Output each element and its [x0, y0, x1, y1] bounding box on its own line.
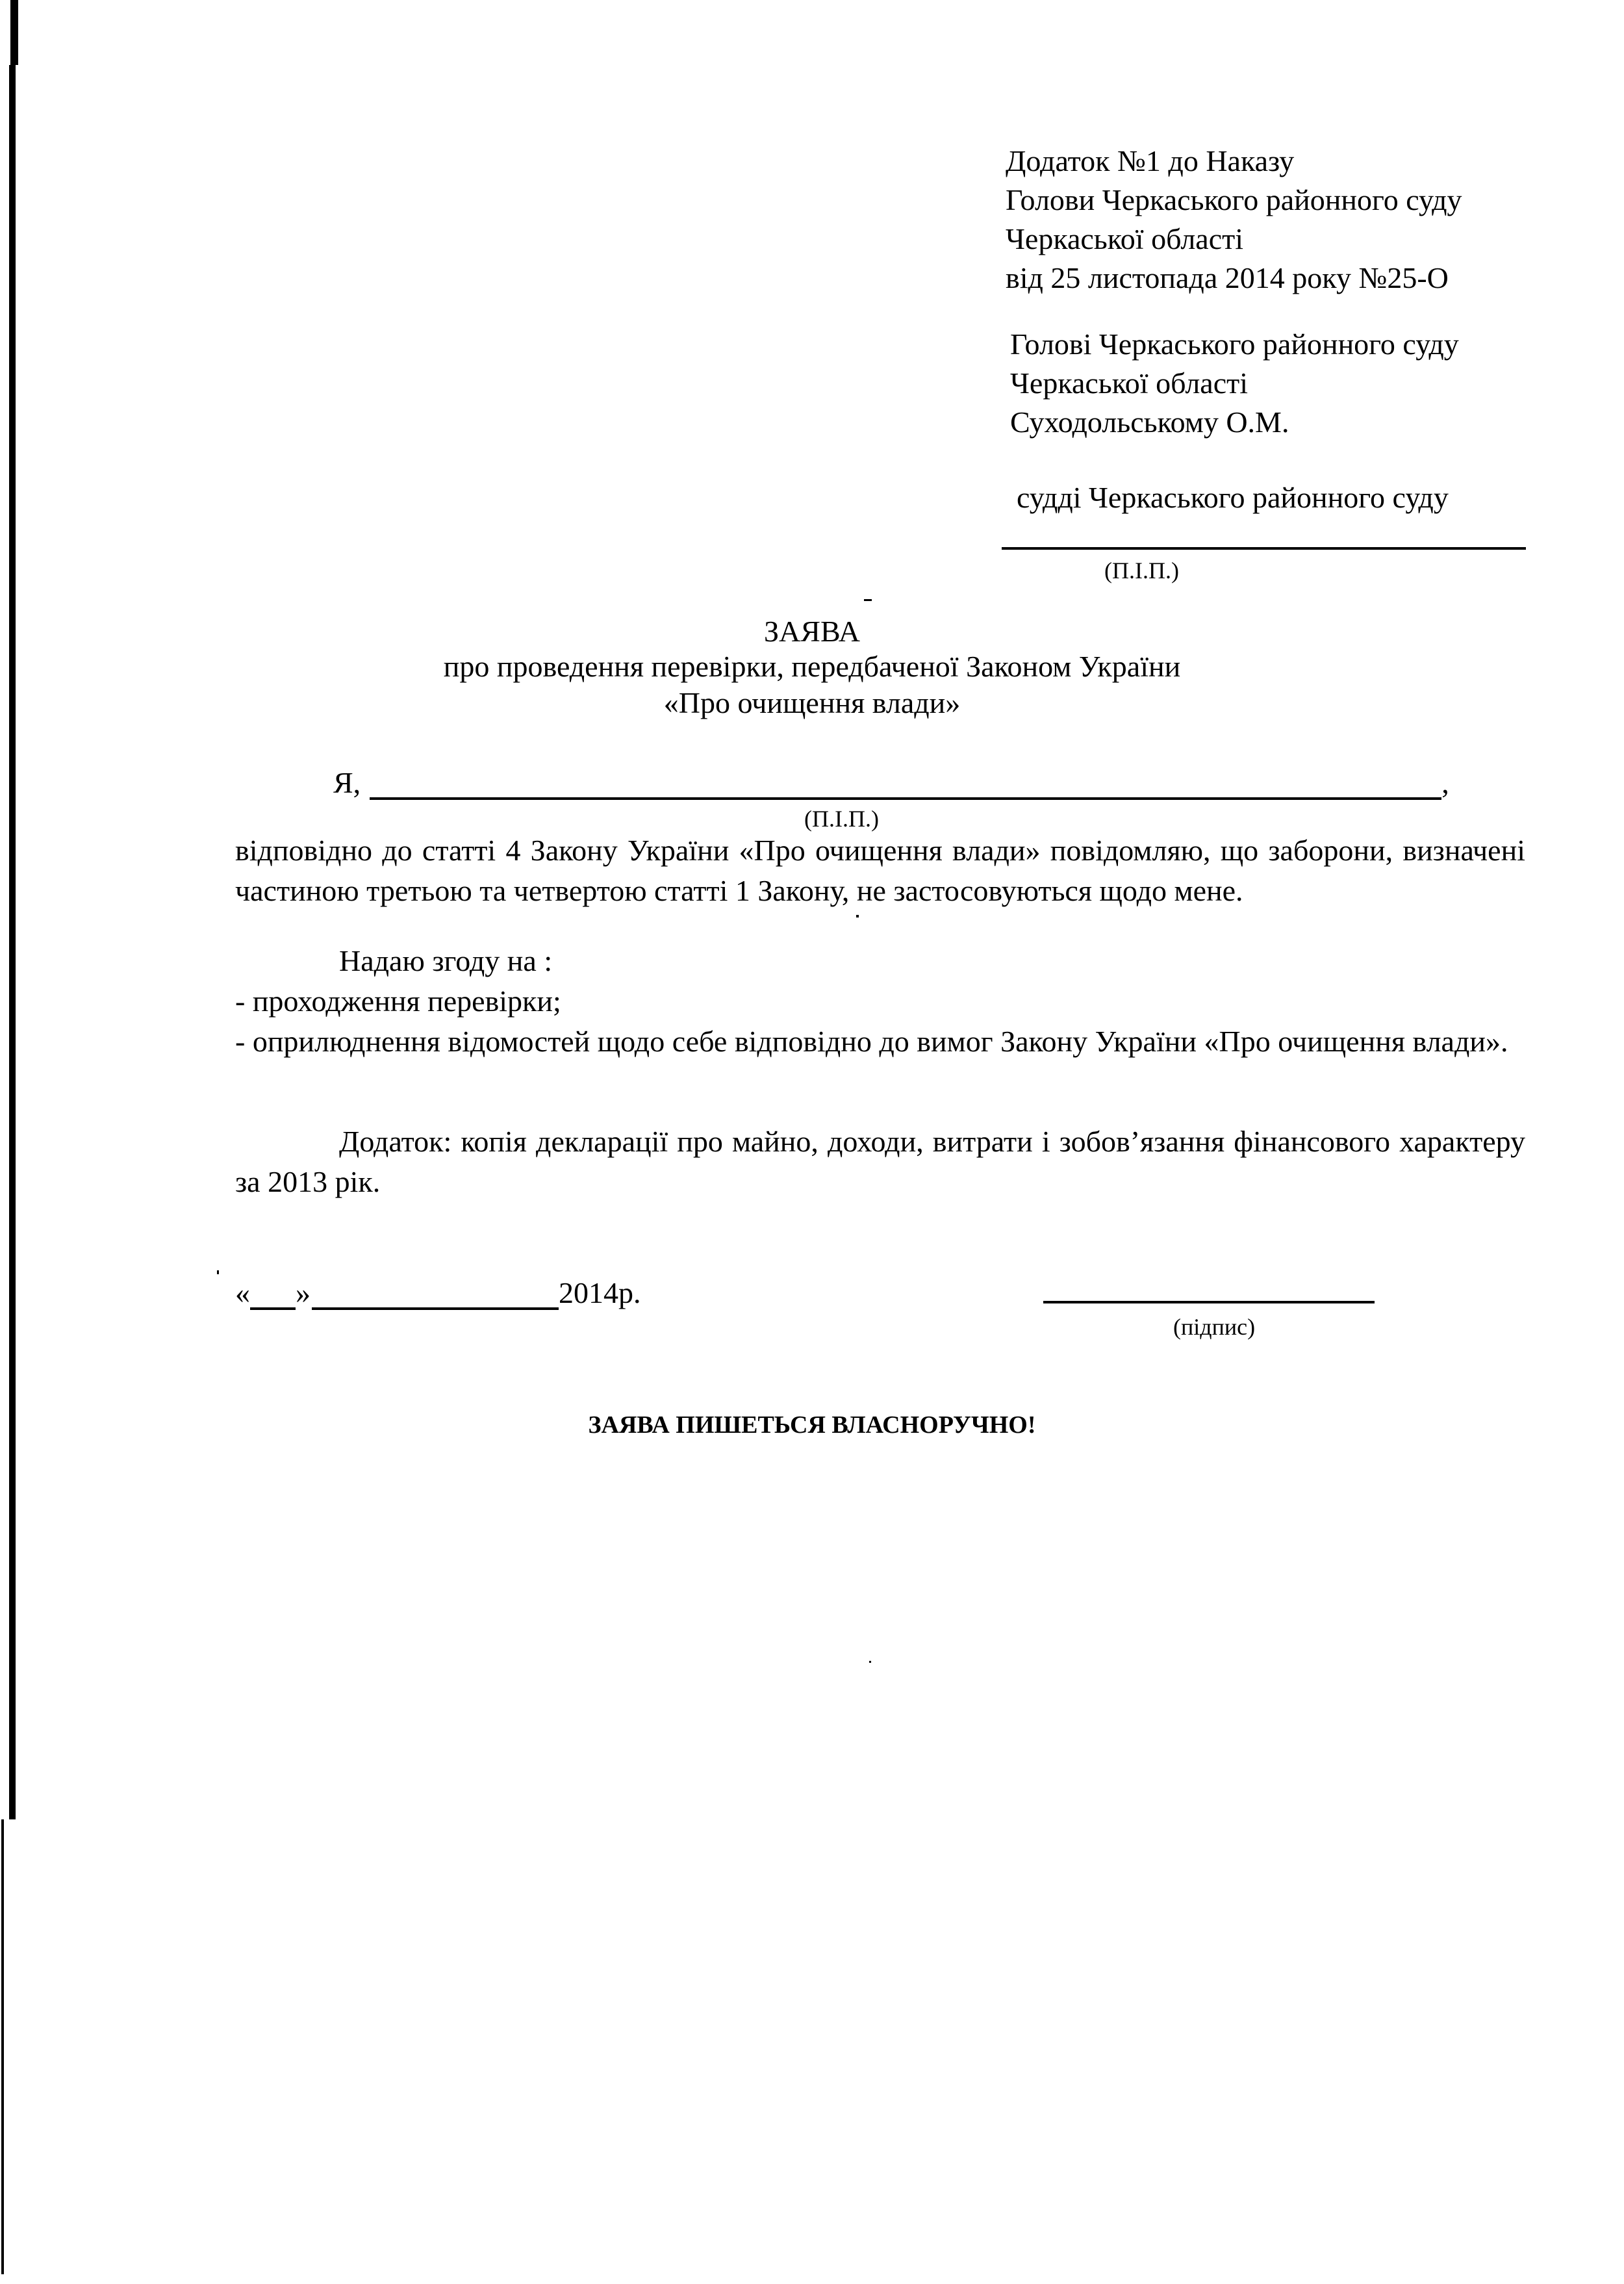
date-row: «»2014р.	[235, 1274, 641, 1313]
consent-title-text: Надаю згоду на :	[339, 944, 552, 977]
date-open-quote: «	[235, 1276, 250, 1309]
declarant-prefix: Я,	[333, 766, 361, 799]
appendix-line: від 25 листопада 2014 року №25-О	[1006, 259, 1462, 298]
statement-paragraph: відповідно до статті 4 Закону України «П…	[235, 830, 1525, 911]
appendix-line: Голови Черкаського районного суду	[1006, 181, 1462, 220]
appendix-header: Додаток №1 до Наказу Голови Черкаського …	[1006, 142, 1462, 298]
scan-edge-artifact	[1, 1819, 4, 2274]
document-subtitle-law-name: «Про очищення влади»	[0, 684, 1624, 723]
declarant-suffix: ,	[1441, 766, 1449, 799]
declarant-row: Я,,	[333, 763, 1449, 802]
consent-title: Надаю згоду на :	[235, 941, 1525, 981]
addressee-block: Голові Черкаського районного суду Черкас…	[1010, 325, 1459, 442]
declarant-name-field[interactable]	[370, 769, 1441, 800]
sender-name-caption: (П.І.П.)	[1104, 558, 1179, 584]
date-close-quote: »	[296, 1276, 311, 1309]
addressee-line: Черкаської області	[1010, 364, 1459, 403]
attachment-text: Додаток: копія декларації про майно, дох…	[235, 1125, 1525, 1198]
scan-speck	[869, 1661, 871, 1663]
signature-caption: (підпис)	[1173, 1314, 1255, 1340]
scan-edge-artifact	[10, 0, 18, 65]
document-subtitle: про проведення перевірки, передбаченої З…	[0, 647, 1624, 686]
date-month-field[interactable]	[312, 1279, 559, 1310]
scan-speck	[217, 1270, 219, 1274]
declarant-name-caption: (П.І.П.)	[804, 806, 879, 832]
attachment-paragraph: Додаток: копія декларації про майно, дох…	[235, 1122, 1525, 1202]
appendix-line: Додаток №1 до Наказу	[1006, 142, 1462, 181]
handwritten-warning: ЗАЯВА ПИШЕТЬСЯ ВЛАСНОРУЧНО!	[0, 1409, 1624, 1441]
scan-speck	[856, 915, 859, 917]
consent-item: - оприлюднення відомостей щодо себе відп…	[235, 1021, 1525, 1062]
addressee-line: Суходольському О.М.	[1010, 403, 1459, 442]
consent-item: - проходження перевірки;	[235, 981, 1525, 1021]
addressee-line: Голові Черкаського районного суду	[1010, 325, 1459, 364]
appendix-line: Черкаської області	[1006, 220, 1462, 259]
document-title: ЗАЯВА	[0, 612, 1624, 651]
signature-field[interactable]	[1043, 1301, 1375, 1303]
sender-name-field[interactable]	[1002, 547, 1526, 550]
sender-position: судді Черкаського районного суду	[1017, 478, 1449, 517]
date-year: 2014р.	[559, 1276, 641, 1309]
scan-speck	[864, 599, 872, 601]
date-day-field[interactable]	[250, 1279, 296, 1310]
scan-edge-artifact	[9, 65, 16, 1819]
